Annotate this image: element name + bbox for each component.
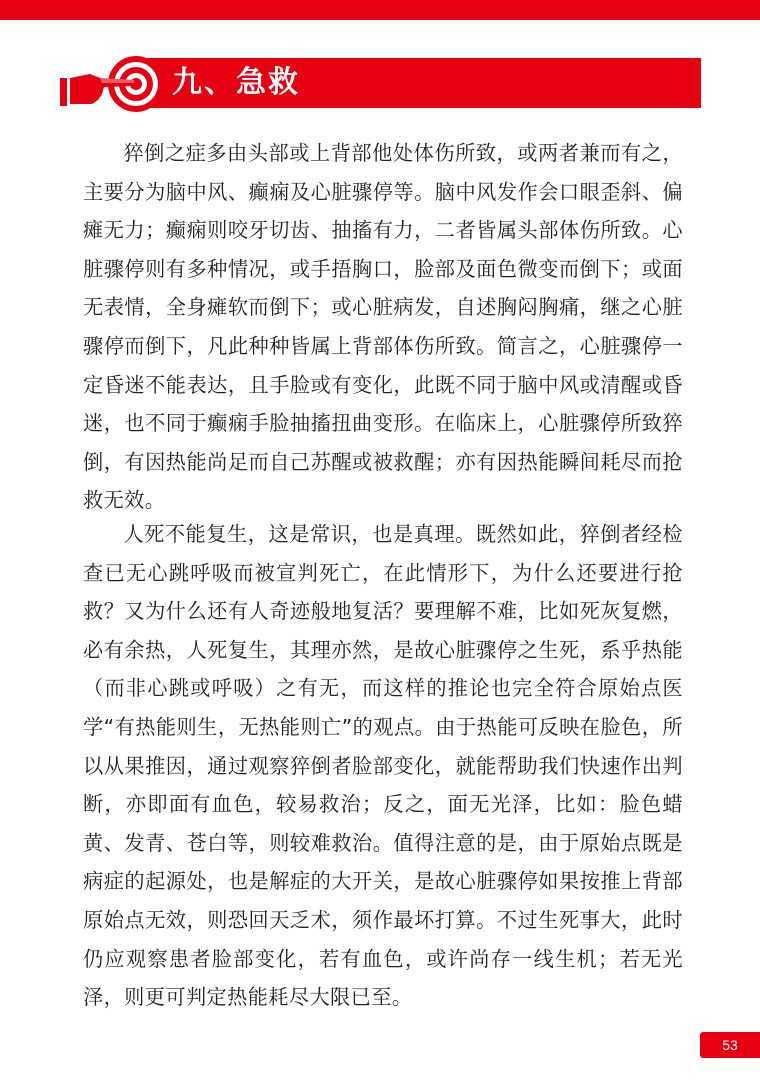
top-accent-bar xyxy=(0,0,760,20)
hand-pointing-at-target-icon xyxy=(56,54,166,114)
page-number-badge: 53 xyxy=(700,1032,760,1058)
paragraph-2: 人死不能复生，这是常识，也是真理。既然如此，猝倒者经检查已无心跳呼吸而被宣判死亡… xyxy=(83,515,683,1017)
paragraph-text: 猝倒之症多由头部或上背部他处体伤所致，或两者兼而有之，主要分为脑中风、癫痫及心脏… xyxy=(83,134,683,520)
paragraph-text: 人死不能复生，这是常识，也是真理。既然如此，猝倒者经检查已无心跳呼吸而被宣判死亡… xyxy=(83,515,683,1017)
section-title: 九、急救 xyxy=(172,58,300,108)
paragraph-1: 猝倒之症多由头部或上背部他处体伤所致，或两者兼而有之，主要分为脑中风、癫痫及心脏… xyxy=(83,134,683,520)
